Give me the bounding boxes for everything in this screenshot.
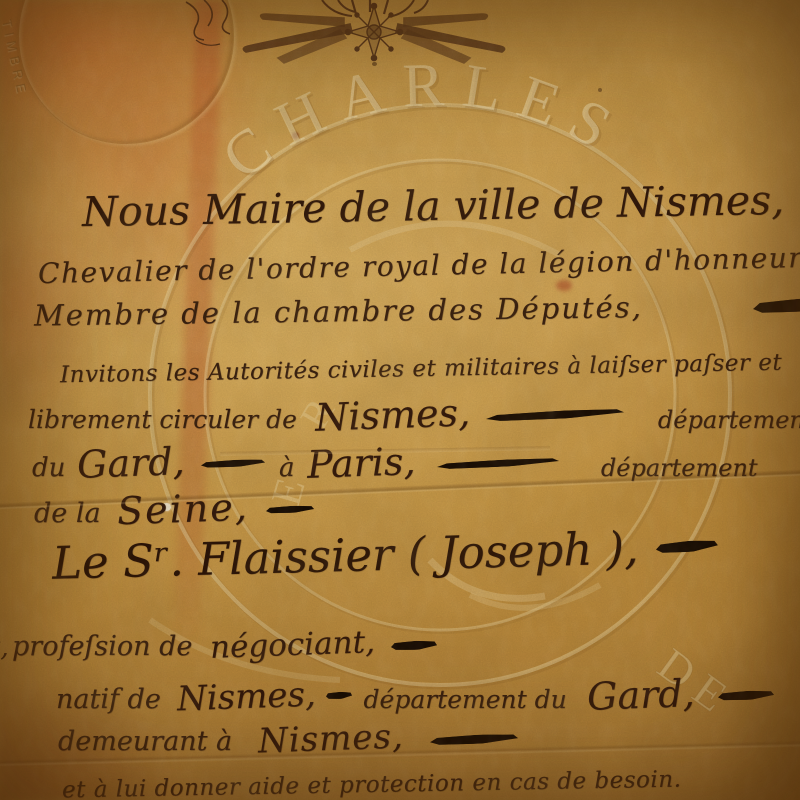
line9-pre: profeſsion de xyxy=(12,633,192,660)
line5-place-name: Nismes, xyxy=(314,393,470,436)
line2-text: Chevalier de l'ordre royal de la légion … xyxy=(38,244,800,288)
profession-value: négociant, xyxy=(210,627,376,664)
manuscript-line-2: Chevalier de l'ordre royal de la légion … xyxy=(38,244,800,288)
line10-mid: département du xyxy=(364,687,567,712)
clipped-edge-fragment: z, xyxy=(0,632,9,663)
line1-text: Nous Maire de la ville de Nismes, xyxy=(82,180,785,233)
ink-dash xyxy=(718,689,774,701)
ink-speck xyxy=(292,132,299,139)
ink-dash xyxy=(325,691,351,699)
royal-coat-of-arms-engraving xyxy=(182,0,552,64)
ink-dash xyxy=(656,539,719,555)
ink-speck xyxy=(598,88,602,92)
birth-department-value: Gard, xyxy=(586,674,695,716)
birthplace-value: Nismes, xyxy=(176,678,316,717)
manuscript-line-4: Invitons les Autorités civiles et milita… xyxy=(60,352,782,388)
manuscript-line-3: Membre de la chambre des Députés, xyxy=(34,290,800,330)
manuscript-line-12: et à lui donner aide et protection en ca… xyxy=(62,769,682,800)
line6-mid: à xyxy=(279,455,295,481)
bearer-name-text: Le Sʳ. Flaissier ( Joseph ), xyxy=(52,525,639,585)
line12-text: et à lui donner aide et protection en ca… xyxy=(62,769,682,800)
ink-dash xyxy=(486,407,624,422)
line10-pre: natif de xyxy=(56,686,161,713)
ink-dash xyxy=(201,458,265,468)
line3-text: Membre de la chambre des Députés, xyxy=(34,293,643,330)
manuscript-line-10-birthplace: natif de Nismes, département du Gard, xyxy=(56,676,774,714)
svg-text:CHARLES: CHARLES xyxy=(213,53,638,195)
line6-pre: du xyxy=(32,455,65,481)
ink-dash xyxy=(437,456,559,469)
passport-document-photo: CHARLES CHARLES E R DE TIMBRE xyxy=(0,0,800,800)
manuscript-line-8-bearer-name: Le Sʳ. Flaissier ( Joseph ), xyxy=(52,523,719,585)
line5-pre: librement circuler de xyxy=(28,407,297,432)
line4-text: Invitons les Autorités civiles et milita… xyxy=(60,352,782,388)
svg-text:CHARLES: CHARLES xyxy=(210,51,635,193)
ink-dash xyxy=(430,732,518,746)
line6-department-name: Gard, xyxy=(77,442,186,484)
red-spot xyxy=(556,280,572,291)
ink-dash xyxy=(752,296,800,315)
line5-post: département xyxy=(658,408,800,432)
manuscript-line-9-profession: profeſsion de négociant, xyxy=(12,630,437,661)
line11-pre: demeurant à xyxy=(58,728,232,755)
watermark-arc-text-shadow: CHARLES xyxy=(213,53,638,195)
watermark-arc-text: CHARLES xyxy=(210,51,635,193)
manuscript-line-1: Nous Maire de la ville de Nismes, xyxy=(82,180,785,233)
manuscript-line-5: librement circuler de Nismes, départemen… xyxy=(28,396,800,434)
ink-dash xyxy=(391,640,437,651)
ink-dash xyxy=(266,504,314,514)
